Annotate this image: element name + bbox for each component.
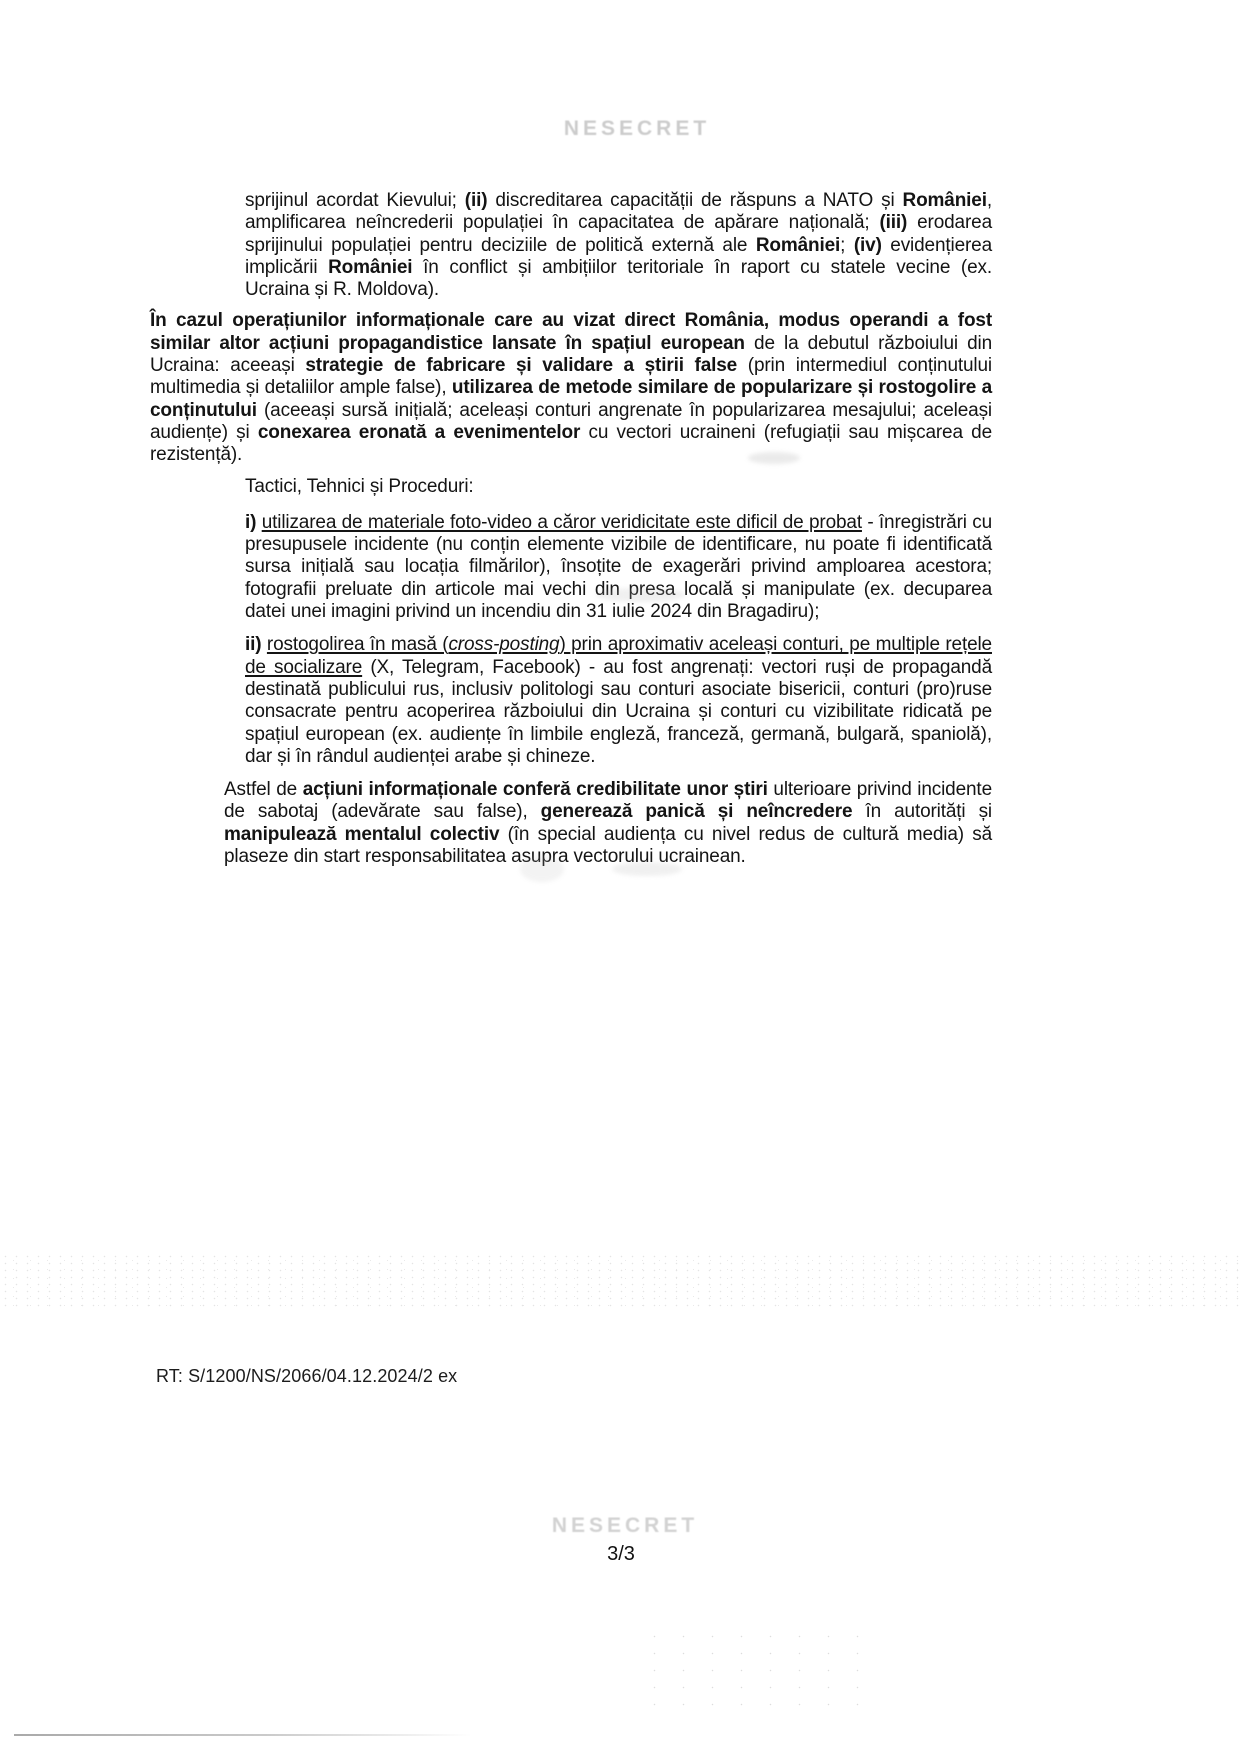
- scan-artifact: [612, 862, 682, 876]
- scan-artifact: [596, 588, 686, 602]
- scan-artifact: [520, 856, 564, 882]
- scan-artifact: [748, 452, 800, 464]
- document-body: sprijinul acordat Kievului; (ii) discred…: [150, 190, 992, 868]
- scan-artifact-line: [14, 1734, 472, 1736]
- scan-artifact-speckles: [640, 1628, 880, 1708]
- scan-noise-band: [0, 1253, 1242, 1307]
- paragraph-conclusion: Astfel de acțiuni informaționale conferă…: [224, 779, 992, 868]
- heading-tactics-techniques-procedures: Tactici, Tehnici și Proceduri:: [245, 476, 992, 498]
- classification-watermark-bottom: NESECRET: [0, 1514, 1242, 1538]
- classification-watermark-top: NESECRET: [0, 117, 1242, 141]
- paragraph-continuation-objectives: sprijinul acordat Kievului; (ii) discred…: [245, 190, 992, 301]
- page-number: 3/3: [0, 1543, 1242, 1566]
- paragraph-ttp-item-ii: ii) rostogolirea în masă (cross-posting)…: [245, 634, 992, 768]
- paragraph-ttp-item-i: i) utilizarea de materiale foto-video a …: [245, 512, 992, 623]
- scanned-document-page: NESECRET sprijinul acordat Kievului; (ii…: [0, 0, 1242, 1755]
- registry-reference: RT: S/1200/NS/2066/04.12.2024/2 ex: [156, 1366, 457, 1387]
- paragraph-modus-operandi: În cazul operațiunilor informaționale ca…: [150, 310, 992, 466]
